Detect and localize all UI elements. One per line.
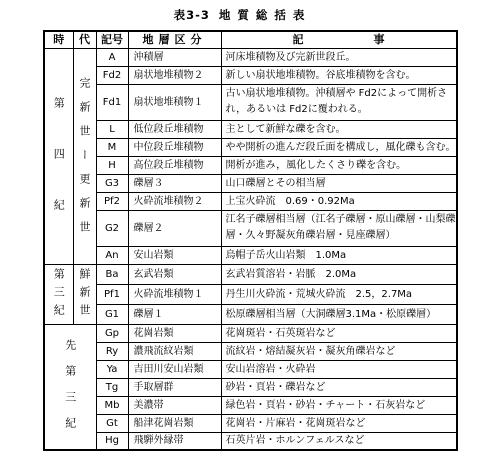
row-symbol: Pf2 [96,192,128,210]
row-note: 安山岩溶岩・火砕岩 [221,360,457,378]
row-unit: 高位段丘堆積物 [128,156,221,174]
row-symbol: M [96,138,128,156]
row-unit: 美濃帯 [128,396,221,414]
row-symbol: G3 [96,174,128,192]
table-row: 先第三紀 Gp 花崗岩類 花崗斑岩・石英斑岩など [44,324,457,342]
header-era-1: 時 [44,31,73,48]
row-note: 砂岩・頁岩・礫岩など [221,378,457,396]
header-note: 記事 [221,31,457,48]
table-row: L 低位段丘堆積物 主として新鮮な礫を含む。 [44,120,457,138]
table-row: Fd2 扇状地堆積物２ 新しい扇状地堆積物。谷底堆積物を含む。 [44,66,457,84]
row-unit: 玄武岩類 [128,264,221,284]
table-row: Fd1 扇状地堆積物１ 古い扇状地堆積物。沖積層や Fd2によって開析され，ある… [44,84,457,120]
row-unit: 扇状地堆積物１ [128,84,221,120]
header-unit: 地層区分 [128,31,221,48]
row-unit: 礫層２ [128,210,221,246]
table-row: Hg 飛騨外縁帯 石英片岩・ホルンフェルスなど [44,432,457,450]
row-note: 主として新鮮な礫を含む。 [221,120,457,138]
row-note: 玄武岩質溶岩・岩脈 2.0Ma [221,264,457,284]
table-row: 第三紀 鮮新世 Ba 玄武岩類 玄武岩質溶岩・岩脈 2.0Ma [44,264,457,284]
row-unit: 低位段丘堆積物 [128,120,221,138]
era-epoch-holocene-pleistocene: 完新世ー更新世 [73,48,96,264]
table-row: Gt 船津花崗岩類 花崗岩・片麻岩・花崗斑岩など [44,414,457,432]
row-unit: 中位段丘堆積物 [128,138,221,156]
era-epoch-label: 完新世ー更新世 [79,77,90,245]
row-note: やや開析の進んだ段丘面を構成し，風化礫も含む。 [221,138,457,156]
row-unit: 飛騨外縁帯 [128,432,221,450]
row-symbol: G1 [96,304,128,324]
table-row: G2 礫層２ 江名子礫層相当層（江名子礫層・原山礫層・山梨礫層・久々野凝灰角礫岩… [44,210,457,246]
row-symbol: Gp [96,324,128,342]
row-unit: 沖積層 [128,48,221,66]
row-symbol: Ba [96,264,128,284]
row-note: 江名子礫層相当層（江名子礫層・原山礫層・山梨礫層・久々野凝灰角礫岩層・見座礫層） [221,210,457,246]
era-period-pre-tertiary: 先第三紀 [44,324,96,450]
row-note: 河床堆積物及び完新世段丘。 [221,48,457,66]
row-symbol: Tg [96,378,128,396]
row-unit: 濃飛流紋岩類 [128,342,221,360]
row-unit: 扇状地堆積物２ [128,66,221,84]
era-period-label: 第三紀 [53,268,64,322]
row-note: 松原礫層相当層（大洞礫層3.1Ma・松原礫層） [221,304,457,324]
row-symbol: An [96,246,128,264]
row-note: 古い扇状地堆積物。沖積層や Fd2によって開析され，あるいは Fd2に覆われる。 [221,84,457,120]
row-symbol: Mb [96,396,128,414]
row-symbol: Fd1 [96,84,128,120]
row-symbol: H [96,156,128,174]
table-title-text: 地質総括表 [219,8,312,22]
row-note: 上宝火砕流 0.69・0.92Ma [221,192,457,210]
header-row: 時 代 記号 地層区分 記事 [44,31,457,48]
row-unit: 手取層群 [128,378,221,396]
row-note: 緑色岩・頁岩・砂岩・チャート・石灰岩など [221,396,457,414]
row-note: 花崗岩・片麻岩・花崗斑岩など [221,414,457,432]
table-row: Pf2 火砕流堆積物２ 上宝火砕流 0.69・0.92Ma [44,192,457,210]
row-symbol: L [96,120,128,138]
era-period-label: 第四紀 [53,97,64,250]
row-symbol: Pf1 [96,284,128,304]
row-unit: 礫層３ [128,174,221,192]
era-period-quaternary: 第四紀 [44,48,73,264]
table-number: 表3-3 [174,8,210,22]
row-symbol: Fd2 [96,66,128,84]
era-epoch-pliocene: 鮮新世 [73,264,96,324]
header-era-2: 代 [73,31,96,48]
row-symbol: Hg [96,432,128,450]
row-symbol: Ry [96,342,128,360]
row-unit: 礫層１ [128,304,221,324]
table-row: Ry 濃飛流紋岩類 流紋岩・熔結凝灰岩・凝灰角礫岩など [44,342,457,360]
table-row: Pf1 火砕流堆積物１ 丹生川火砕流・荒城火砕流 2.5，2.7Ma [44,284,457,304]
row-symbol: A [96,48,128,66]
era-epoch-label: 鮮新世 [79,268,90,322]
row-symbol: G2 [96,210,128,246]
header-symbol: 記号 [96,31,128,48]
table-row: Ya 吉田川安山岩類 安山岩溶岩・火砕岩 [44,360,457,378]
row-unit: 船津花崗岩類 [128,414,221,432]
table-row: G3 礫層３ 山口礫層とその相当層 [44,174,457,192]
table-row: H 高位段丘堆積物 開析が進み，風化したくさり礫を含む。 [44,156,457,174]
table-row: G1 礫層１ 松原礫層相当層（大洞礫層3.1Ma・松原礫層） [44,304,457,324]
era-period-label: 先第三紀 [65,339,76,443]
row-unit: 花崗岩類 [128,324,221,342]
table-row: 第四紀 完新世ー更新世 A 沖積層 河床堆積物及び完新世段丘。 [44,48,457,66]
row-symbol: Gt [96,414,128,432]
row-note: 烏帽子岳火山岩類 1.0Ma [221,246,457,264]
row-note: 花崗斑岩・石英斑岩など [221,324,457,342]
geology-summary-table: 時 代 記号 地層区分 記事 第四紀 完新世ー更新世 A 沖積層 河床堆積物及び… [43,30,458,451]
row-unit: 安山岩類 [128,246,221,264]
row-note: 丹生川火砕流・荒城火砕流 2.5，2.7Ma [221,284,457,304]
row-note: 石英片岩・ホルンフェルスなど [221,432,457,450]
table-row: M 中位段丘堆積物 やや開析の進んだ段丘面を構成し，風化礫も含む。 [44,138,457,156]
era-period-tertiary: 第三紀 [44,264,73,324]
row-unit: 火砕流堆積物２ [128,192,221,210]
row-unit: 吉田川安山岩類 [128,360,221,378]
page-title: 表3-3地質総括表 [0,7,485,23]
table-row: Mb 美濃帯 緑色岩・頁岩・砂岩・チャート・石灰岩など [44,396,457,414]
row-note: 開析が進み，風化したくさり礫を含む。 [221,156,457,174]
row-symbol: Ya [96,360,128,378]
table-row: An 安山岩類 烏帽子岳火山岩類 1.0Ma [44,246,457,264]
table-row: Tg 手取層群 砂岩・頁岩・礫岩など [44,378,457,396]
row-unit: 火砕流堆積物１ [128,284,221,304]
row-note: 山口礫層とその相当層 [221,174,457,192]
row-note: 流紋岩・熔結凝灰岩・凝灰角礫岩など [221,342,457,360]
row-note: 新しい扇状地堆積物。谷底堆積物を含む。 [221,66,457,84]
